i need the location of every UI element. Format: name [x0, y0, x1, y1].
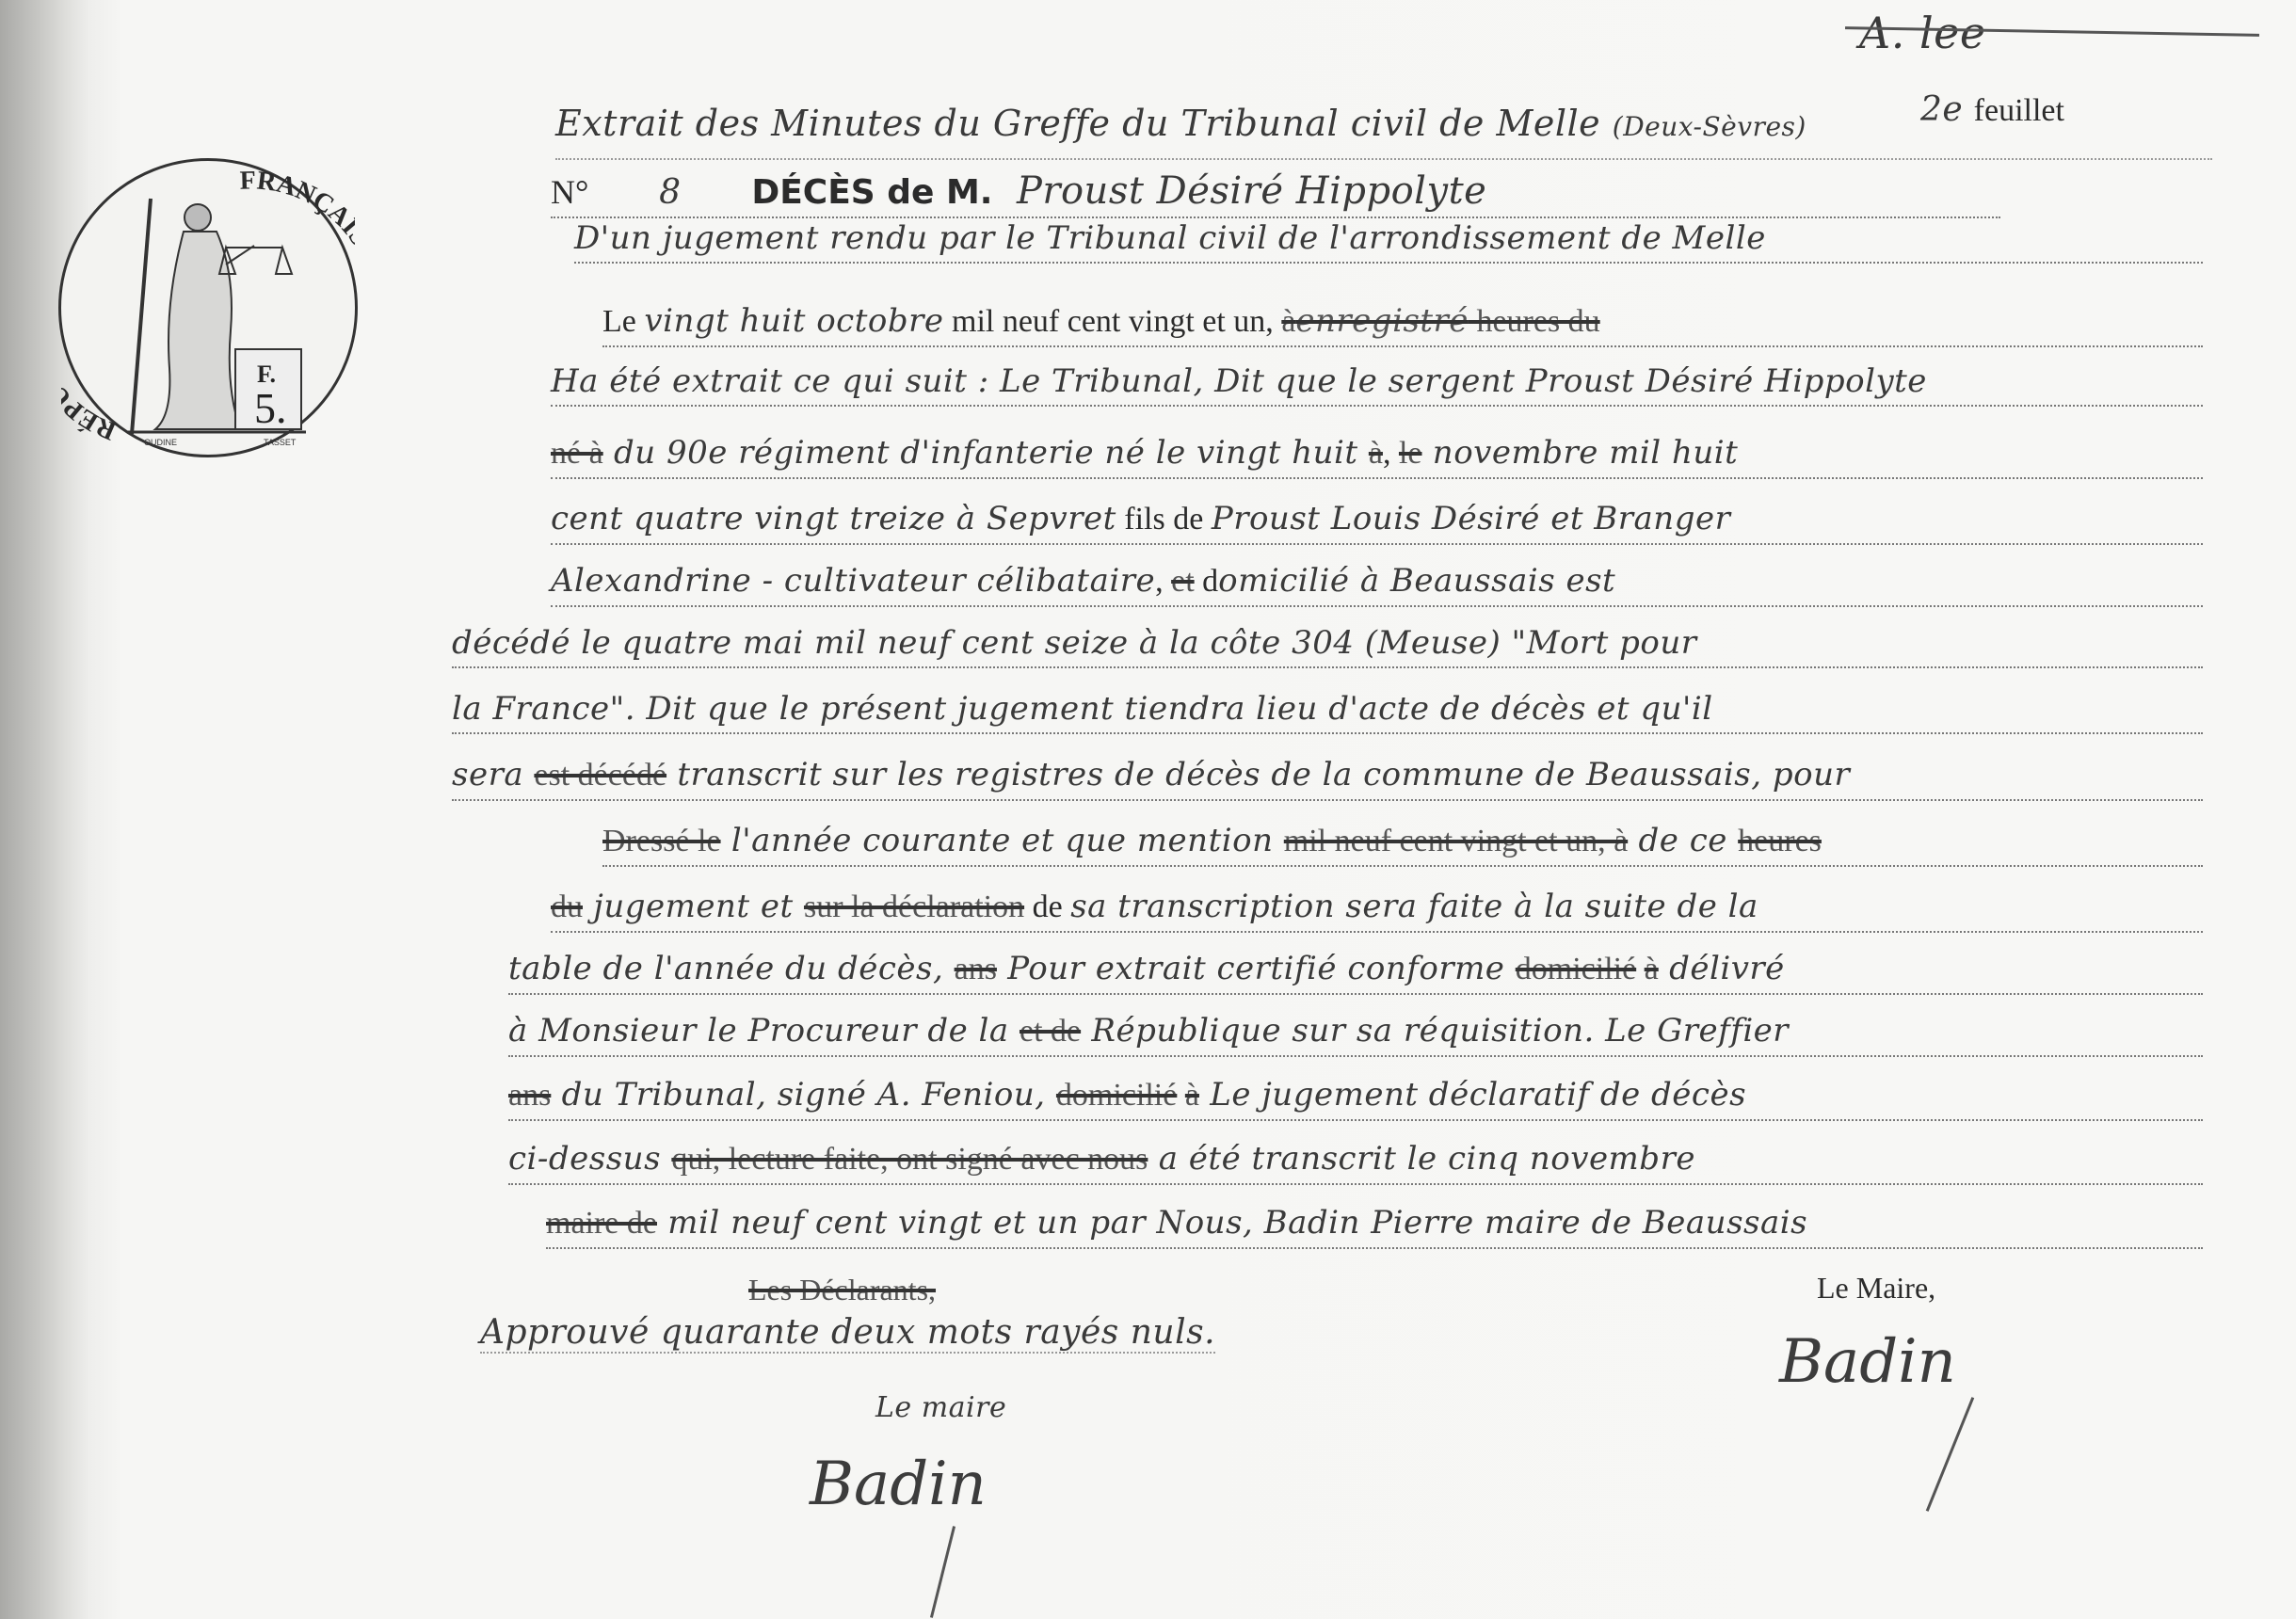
header-department: (Deux-Sèvres)	[1613, 111, 1806, 142]
handwritten-text: ci-dessus	[508, 1140, 671, 1178]
approval-note: Approuvé quarante deux mots rayés nuls.	[480, 1313, 1215, 1354]
svg-text:FRANÇAISE: FRANÇAISE	[239, 166, 355, 265]
deces-label: DÉCÈS de M.	[751, 173, 992, 212]
top-right-initials: A. lee	[1859, 8, 1986, 58]
right-signature-title: Le Maire,	[1817, 1271, 1935, 1306]
body-line: cent quatre vingt treize à Sepvret fils …	[551, 497, 2203, 545]
struck-text: à	[1185, 1078, 1199, 1113]
number-label: N°	[551, 173, 588, 211]
body-line: décédé le quatre mai mil neuf cent seize…	[452, 621, 2203, 668]
struck-text: né à	[551, 436, 603, 471]
struck-text: Dressé le	[602, 824, 721, 858]
handwritten-text: République sur sa réquisition. Le Greffi…	[1081, 1012, 1789, 1050]
printed-text: Le	[602, 304, 644, 339]
struck-text: domicilié	[1056, 1078, 1177, 1113]
deceased-name: Proust Désiré Hippolyte	[1017, 169, 1486, 213]
handwritten-text: D'un jugement rendu par le Tribunal civi…	[574, 219, 1766, 257]
struck-text: heures du	[1469, 304, 1600, 339]
number-value: 8	[600, 171, 741, 215]
body-line: ans du Tribunal, signé A. Feniou, domici…	[508, 1073, 2203, 1121]
svg-text:OUDINE: OUDINE	[144, 438, 177, 447]
left-signature-title: Le maire	[875, 1391, 1006, 1424]
handwritten-text: omicilié à Beaussais est	[1218, 562, 1615, 600]
svg-text:TASSET: TASSET	[264, 438, 297, 447]
body-line: la France". Dit que le présent jugement …	[452, 687, 2203, 734]
handwritten-text: novembre mil huit	[1422, 434, 1739, 472]
body-line: table de l'année du décès, ans Pour extr…	[508, 947, 2203, 995]
right-signature-flourish	[1926, 1397, 1974, 1512]
handwritten-text: du 90e régiment d'infanterie né le vingt…	[603, 434, 1369, 472]
handwritten-text: sera	[452, 756, 534, 793]
body-line: Alexandrine - cultivateur célibataire, e…	[551, 559, 2203, 607]
handwritten-text: table de l'année du décès,	[508, 950, 955, 987]
handwritten-text: Le jugement déclaratif de décès	[1199, 1076, 1746, 1114]
body-line: Le vingt huit octobre mil neuf cent ving…	[602, 299, 2203, 347]
svg-text:RÉPUBLIQUE: RÉPUBLIQUE	[61, 284, 120, 446]
body-line: du jugement et sur la déclaration de sa …	[551, 885, 2203, 933]
struck-text: domicilié	[1516, 952, 1636, 986]
struck-text: enregistré	[1295, 302, 1469, 340]
handwritten-text: sa transcription sera faite à la suite d…	[1070, 888, 1758, 925]
handwritten-text: mil neuf cent vingt et un par Nous, Badi…	[657, 1204, 1807, 1242]
struck-text: à	[1369, 436, 1383, 471]
handwritten-text: du Tribunal, signé A. Feniou,	[551, 1076, 1056, 1114]
struck-text: à	[1645, 952, 1659, 986]
right-signature: Badin	[1779, 1327, 1956, 1397]
struck-text: et de	[1020, 1014, 1081, 1049]
body-line: Ha été extrait ce qui suit : Le Tribunal…	[551, 360, 2203, 407]
body-line: ci-dessus qui, lecture faite, ont signé …	[508, 1137, 2203, 1185]
handwritten-text: Ha été extrait ce qui suit : Le Tribunal…	[551, 362, 1927, 400]
left-signature-flourish	[930, 1526, 955, 1618]
scanned-document-page: A. lee 2e feuillet RÉPUBLIQUE FRANÇAISE	[0, 0, 2296, 1619]
printed-text: ,	[1383, 436, 1399, 471]
struck-text: mil neuf cent vingt et un, à	[1284, 824, 1628, 858]
body-line: à Monsieur le Procureur de la et de Répu…	[508, 1009, 2203, 1057]
handwritten-text: Alexandrine - cultivateur célibataire	[551, 562, 1155, 600]
struck-text: sur la déclaration	[804, 890, 1024, 924]
printed-text: ,	[1155, 564, 1171, 599]
fiscal-stamp: RÉPUBLIQUE FRANÇAISE F. 5. OUDINE TASSET	[58, 158, 358, 457]
struck-text: le	[1399, 436, 1422, 471]
struck-text: et	[1171, 564, 1195, 599]
sheet-label: feuillet	[1974, 93, 2064, 128]
handwritten-text: jugement et	[583, 888, 804, 925]
svg-text:5.: 5.	[254, 384, 287, 432]
handwritten-text: de ce	[1628, 822, 1738, 859]
declarants-label: Les Déclarants,	[748, 1273, 936, 1307]
struck-text: heures	[1738, 824, 1822, 858]
handwritten-text: l'année courante et que mention	[721, 822, 1284, 859]
struck-text: est décédé	[534, 758, 666, 793]
handwritten-text: Pour extrait certifié conforme	[997, 950, 1516, 987]
body-line: Dressé le l'année courante et que mentio…	[602, 819, 2203, 867]
handwritten-text: cent quatre vingt treize à Sepvret	[551, 500, 1116, 537]
header-line: Extrait des Minutes du Greffe du Tribuna…	[555, 102, 1806, 151]
printed-text: mil neuf cent vingt et un,	[944, 304, 1282, 339]
header-prefix: Extrait des Minutes du Greffe du Tribuna…	[555, 103, 1600, 144]
handwritten-text: vingt huit octobre	[644, 302, 943, 340]
body-line: maire de mil neuf cent vingt et un par N…	[546, 1201, 2203, 1249]
sheet-indicator: 2e feuillet	[1920, 90, 2064, 129]
handwritten-text: décédé le quatre mai mil neuf cent seize…	[452, 624, 1697, 662]
title-line: N° 8 DÉCÈS de M. Proust Désiré Hippolyte	[551, 169, 2000, 218]
printed-text: d	[1195, 564, 1219, 599]
left-signature: Badin	[810, 1450, 987, 1519]
struck-text: maire de	[546, 1206, 657, 1241]
header-rule	[555, 158, 2212, 160]
body-line: sera est décédé transcrit sur les regist…	[452, 753, 2203, 801]
struck-text: du	[551, 890, 583, 924]
printed-text	[1177, 1078, 1185, 1113]
handwritten-text: délivré	[1659, 950, 1785, 987]
body-line: D'un jugement rendu par le Tribunal civi…	[574, 216, 2203, 264]
handwritten-text: Proust Louis Désiré et Branger	[1212, 500, 1731, 537]
printed-text	[1636, 952, 1645, 986]
marianne-justice-icon: RÉPUBLIQUE FRANÇAISE F. 5. OUDINE TASSET	[61, 161, 355, 455]
struck-text: ans	[955, 952, 997, 986]
handwritten-text: la France". Dit que le présent jugement …	[452, 690, 1713, 728]
handwritten-text: a été transcrit le cinq novembre	[1148, 1140, 1695, 1178]
printed-text: de	[1024, 890, 1070, 924]
struck-text: à	[1281, 304, 1295, 339]
struck-text: qui, lecture faite, ont signé avec nous	[671, 1142, 1148, 1177]
body-line: né à du 90e régiment d'infanterie né le …	[551, 431, 2203, 479]
printed-text: fils de	[1116, 502, 1212, 537]
handwritten-text: transcrit sur les registres de décès de …	[666, 756, 1850, 793]
struck-text: ans	[508, 1078, 551, 1113]
handwritten-text: à Monsieur le Procureur de la	[508, 1012, 1020, 1050]
sheet-number: 2e	[1920, 90, 1963, 129]
